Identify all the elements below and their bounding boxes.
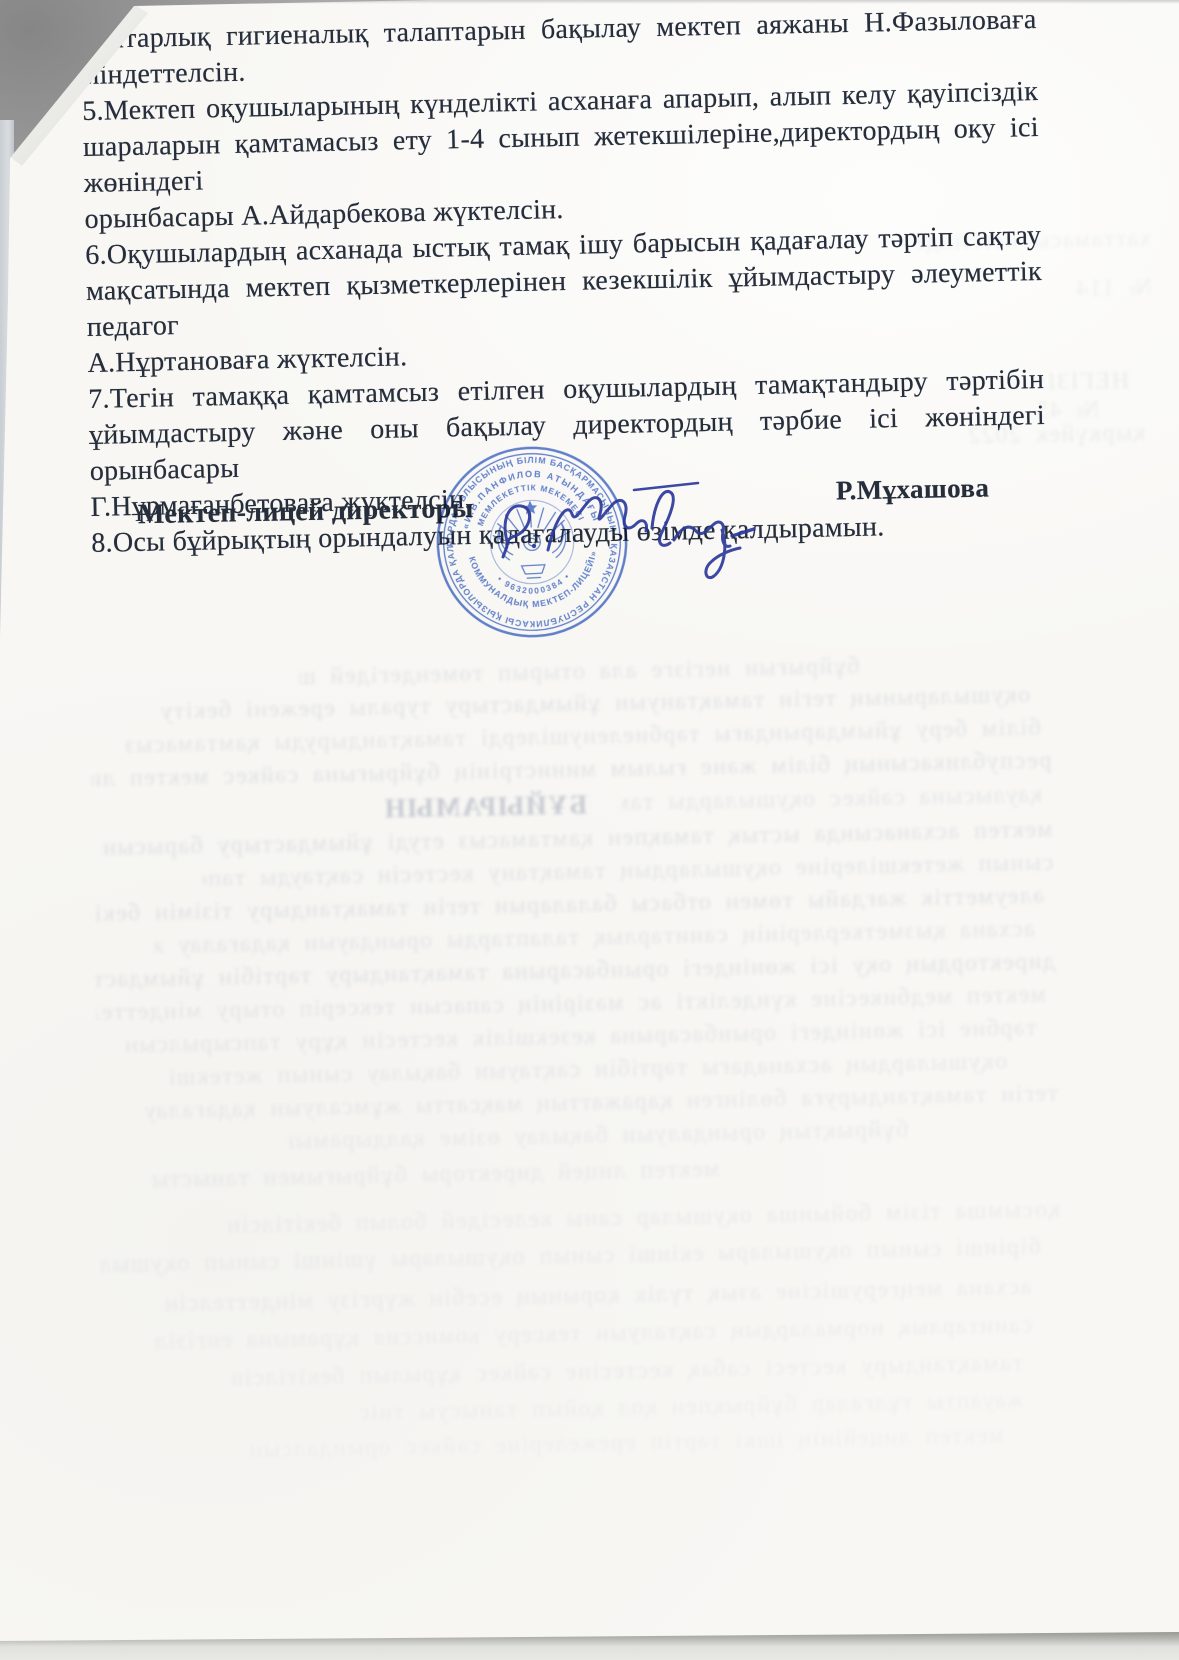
director-role-label: Мектеп-лицей директоры (138, 493, 474, 531)
bleedthrough-text-line: директордың оқу ісі жөніндегі орынбасары… (95, 949, 1055, 994)
page-top-edge-shadow (134, 0, 1179, 4)
bleedthrough-text-line: мектеп асханасында ыстық тамақпен қамтам… (93, 817, 1053, 862)
bleedthrough-text-line: мектеп медбикесіне күнделікті ас мәзірін… (96, 982, 1046, 1027)
bleedthrough-text-line: қосымша тізім бойынша оқушылар саны келе… (160, 1196, 1060, 1240)
bleedthrough-text-line: тамақтандыру кестесі сабақ кестесіне сәй… (103, 1350, 1023, 1395)
bleedthrough-text-line: бірінші сынып оқушылары екінші сынып оқу… (101, 1234, 1041, 1279)
bleedthrough-text-line: оқушыларының тегін тамақтануын ұйымдасты… (150, 682, 1030, 726)
bleedthrough-text-line: тәрбие ісі жөніндегі орынбасарына кезекш… (96, 1015, 1036, 1060)
bleedthrough-text-line: мектеп лицей директоры бұйрығымен таныст… (99, 1156, 719, 1195)
bleedthrough-text-line: № 114 (1042, 275, 1152, 304)
bleedthrough-text-line: жауапты тұлғалар бұйрықпен қол қойып тан… (174, 1387, 1024, 1430)
scan-background: бұйрығын негізге ала отырып төмендегідей… (0, 0, 1179, 1660)
bleedthrough-text-line: асхана қызметкерлерінің санитарлық талап… (154, 916, 1034, 960)
bleedthrough-text-line: асхана меңгерушісіне азық түлік қорының … (101, 1274, 1031, 1319)
bleedthrough-text-line: БҰЙЫРАМЫН (332, 789, 588, 825)
bleedthrough-text-line: қаулысына сәйкес оқушыларды тамақпен (622, 782, 1042, 817)
bleedthrough-text-line: бұйрығын негізге ала отырып төмендегідей… (299, 653, 859, 691)
director-name: Р.Мұхашова (836, 473, 990, 507)
bleedthrough-text-line: оқушылардың асханадағы тәртібін сақтауын… (167, 1048, 1007, 1091)
bleedthrough-text-line: білім беру ұйымдарындағы тәрбиеленушілер… (111, 715, 1041, 760)
handwritten-signature (478, 466, 758, 598)
bleedthrough-text-line: санитарлық нормалардың сақталуын тексеру… (152, 1312, 1032, 1356)
bleedthrough-text-line: сынып жетекшілеріне оқушылардың тамақтан… (203, 850, 1053, 893)
document-page: бұйрығын негізге ала отырып төмендегідей… (0, 0, 1179, 1660)
bleedthrough-text-line: бұйрықтың орындалуын бақылау өзіме қалды… (288, 1116, 908, 1155)
bleedthrough-text-line: республикасының білім және ғылым министр… (91, 748, 1051, 793)
bleedthrough-text-line: әлеуметтік жағдайы төмен отбасы балалары… (94, 883, 1044, 928)
bleedthrough-text-line: тегін тамақтандыруға бөлінген қаражаттың… (98, 1080, 1058, 1125)
bleedthrough-text-line: мектеп лицейінің ішкі тәртіп ережелеріне… (104, 1423, 1004, 1467)
